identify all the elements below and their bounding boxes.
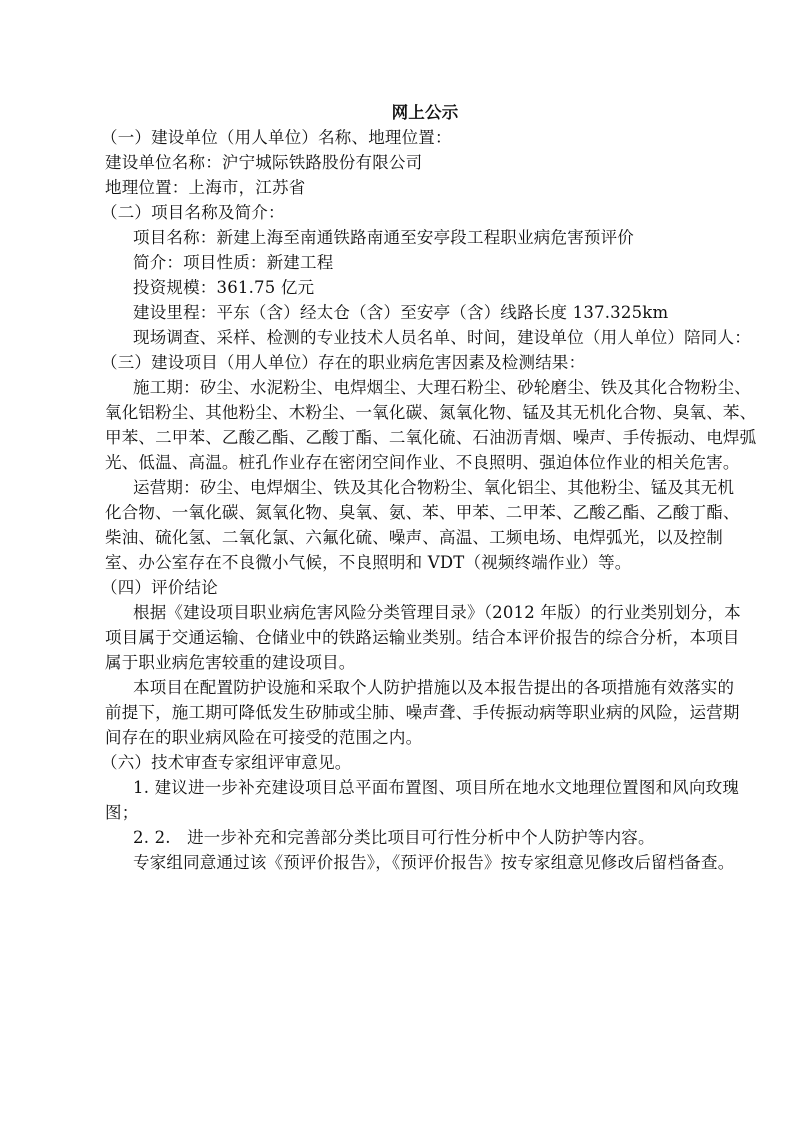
- project-intro: 简介：项目性质：新建工程: [105, 250, 745, 275]
- operation-line: 柴油、硫化氢、二氧化氯、六氟化硫、噪声、高温、工频电场、电焊弧光，以及控制: [105, 525, 745, 550]
- opinion-line: 图；: [105, 800, 745, 825]
- project-name: 项目名称：新建上海至南通铁路南通至安亭段工程职业病危害预评价: [105, 225, 745, 250]
- construction-line: 施工期：矽尘、水泥粉尘、电焊烟尘、大理石粉尘、砂轮磨尘、铁及其化合物粉尘、: [105, 375, 745, 400]
- construction-mileage: 建设里程：平东（含）经太仓（含）至安亭（含）线路长度 137.325km: [105, 300, 745, 325]
- expert-opinion-item-1: 1. 建议进一步补充建设项目总平面布置图、项目所在地水文地理位置图和风向玫瑰 图…: [105, 775, 745, 825]
- evaluation-line: 间存在的职业病风险在可接受的范围之内。: [105, 725, 745, 750]
- operation-line: 室、办公室存在不良微小气候，不良照明和 VDT（视频终端作业）等。: [105, 550, 745, 575]
- evaluation-line: 根据《建设项目职业病危害风险分类管理目录》（2012 年版）的行业类别划分，本: [105, 600, 745, 625]
- section6-heading: （六）技术审查专家组评审意见。: [101, 750, 745, 775]
- opinion-line: 1. 建议进一步补充建设项目总平面布置图、项目所在地水文地理位置图和风向玫瑰: [105, 775, 745, 800]
- operation-line: 运营期：矽尘、电焊烟尘、铁及其化合物粉尘、氧化铝尘、其他粉尘、锰及其无机: [105, 475, 745, 500]
- construction-line: 甲苯、二甲苯、乙酸乙酯、乙酸丁酯、二氧化硫、石油沥青烟、噪声、手传振动、电焊弧: [105, 425, 745, 450]
- section1-heading: （一）建设单位（用人单位）名称、地理位置：: [101, 125, 745, 150]
- investment-scale: 投资规模：361.75 亿元: [105, 275, 745, 300]
- expert-conclusion: 专家组同意通过该《预评价报告》，《预评价报告》按专家组意见修改后留档备查。: [105, 850, 745, 875]
- evaluation-paragraph-1: 根据《建设项目职业病危害风险分类管理目录》（2012 年版）的行业类别划分，本 …: [105, 600, 745, 675]
- section4-heading: （四）评价结论: [101, 575, 745, 600]
- evaluation-line: 本项目在配置防护设施和采取个人防护措施以及本报告提出的各项措施有效落实的: [105, 675, 745, 700]
- construction-line: 氧化铝粉尘、其他粉尘、木粉尘、一氧化碳、氮氧化物、锰及其无机化合物、臭氧、苯、: [105, 400, 745, 425]
- geo-location: 地理位置：上海市，江苏省: [105, 175, 745, 200]
- evaluation-line: 前提下，施工期可降低发生矽肺或尘肺、噪声聋、手传振动病等职业病的风险，运营期: [105, 700, 745, 725]
- evaluation-paragraph-2: 本项目在配置防护设施和采取个人防护措施以及本报告提出的各项措施有效落实的 前提下…: [105, 675, 745, 750]
- expert-opinion-item-2: 2. 2. 进一步补充和完善部分类比项目可行性分析中个人防护等内容。: [105, 825, 745, 850]
- construction-period-hazards: 施工期：矽尘、水泥粉尘、电焊烟尘、大理石粉尘、砂轮磨尘、铁及其化合物粉尘、 氧化…: [105, 375, 745, 475]
- evaluation-line: 项目属于交通运输、仓储业中的铁路运输业类别。结合本评价报告的综合分析，本项目: [105, 625, 745, 650]
- evaluation-line: 属于职业病危害较重的建设项目。: [105, 650, 745, 675]
- operation-line: 化合物、一氧化碳、氮氧化物、臭氧、氨、苯、甲苯、二甲苯、乙酸乙酯、乙酸丁酯、: [105, 500, 745, 525]
- survey-personnel: 现场调查、采样、检测的专业技术人员名单、时间，建设单位（用人单位）陪同人：: [105, 325, 745, 350]
- construction-line: 光、低温、高温。桩孔作业存在密闭空间作业、不良照明、强迫体位作业的相关危害。: [105, 450, 745, 475]
- operation-period-hazards: 运营期：矽尘、电焊烟尘、铁及其化合物粉尘、氧化铝尘、其他粉尘、锰及其无机 化合物…: [105, 475, 745, 575]
- section3-heading: （三）建设项目（用人单位）存在的职业病危害因素及检测结果：: [101, 350, 745, 375]
- section2-heading: （二）项目名称及简介：: [101, 200, 745, 225]
- document-page: 网上公示 （一）建设单位（用人单位）名称、地理位置： 建设单位名称：沪宁城际铁路…: [105, 100, 745, 875]
- unit-name: 建设单位名称：沪宁城际铁路股份有限公司: [105, 150, 745, 175]
- document-title: 网上公示: [105, 100, 745, 125]
